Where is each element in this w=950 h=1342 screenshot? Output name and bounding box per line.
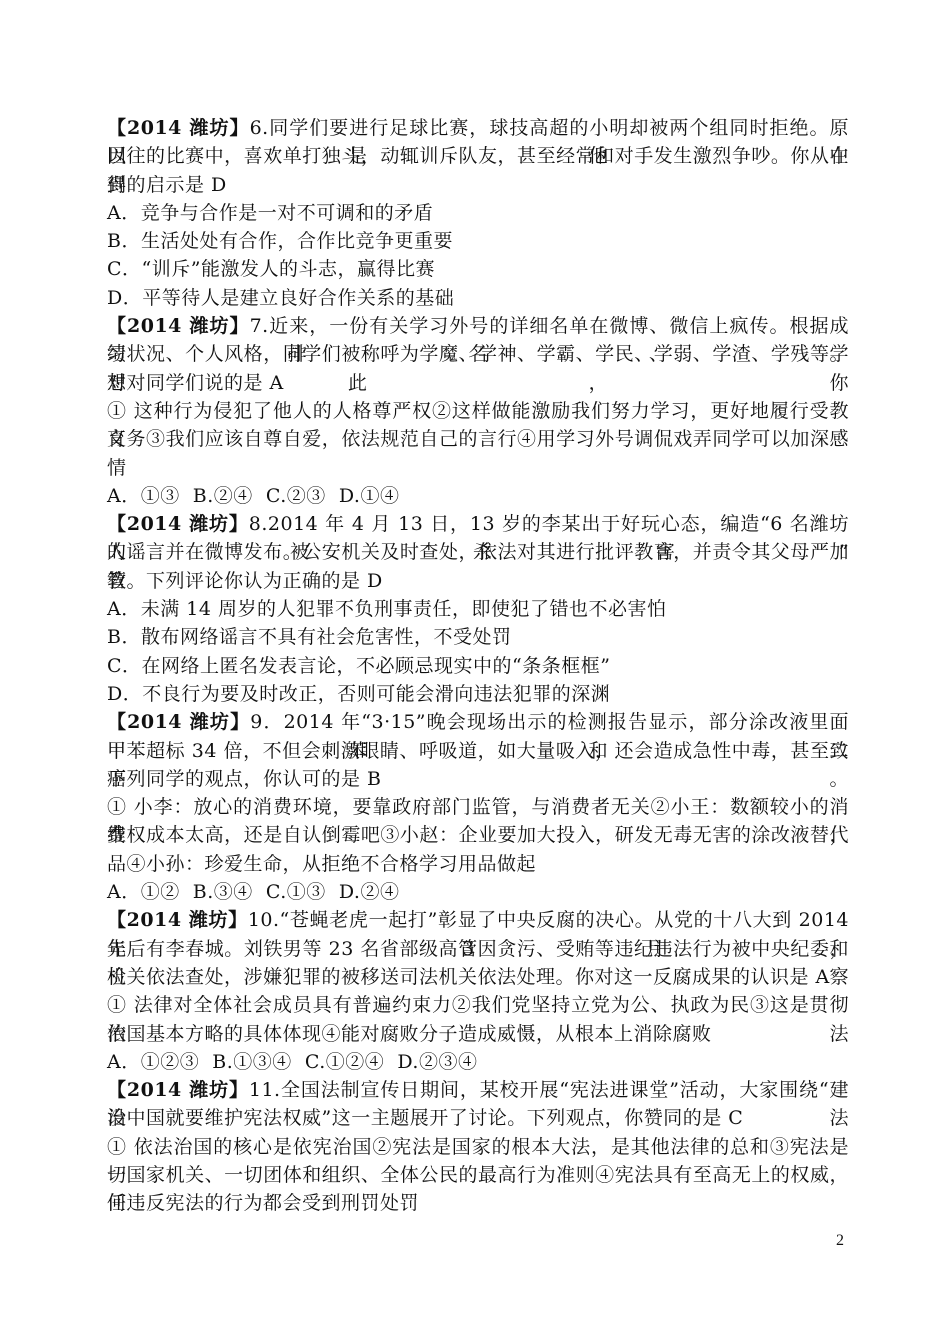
document-body: 【2014 潍坊】6.同学们要进行足球比赛，球技高超的小明却被两个组同时拒绝。原… <box>107 114 849 1218</box>
question-8: 【2014 潍坊】8.2014 年 4 月 13 日，13 岁的李某出于好玩心态… <box>107 510 849 708</box>
answer-option: B．生活处处有合作，合作比竞争更重要 <box>107 227 849 255</box>
statement-line: ① 依法治国的核心是依宪治国②宪法是国家的根本大法，是其他法律的总和③宪法是一 <box>107 1133 849 1161</box>
statement-line: 品④小孙：珍爱生命，从拒绝不合格学习用品做起 <box>107 850 849 878</box>
question-stem-line: 习状况、个人风格，同学们被称呼为学魔、学神、学霸、学民、学弱、学渣、学残等。对此… <box>107 340 849 368</box>
question-stem-line: 以往的比赛中，喜欢单打独斗，动辄训斥队友，甚至经常和对手发生激烈争吵。你从中得 <box>107 142 849 170</box>
question-source-tag: 【2014 潍坊】 <box>107 711 250 733</box>
question-stem-line: 【2014 潍坊】8.2014 年 4 月 13 日，13 岁的李某出于好玩心态… <box>107 510 849 538</box>
question-source-tag: 【2014 潍坊】 <box>107 117 250 139</box>
question-source-tag: 【2014 潍坊】 <box>107 315 250 337</box>
question-7: 【2014 潍坊】7.近来，一份有关学习外号的详细名单在微博、微信上疯传。根据成… <box>107 312 849 510</box>
question-stem-line: 的谣言并在微博发布。公安机关及时查处，依法对其进行批评教育，并责令其父母严加管 <box>107 538 849 566</box>
question-stem-line: 机关依法查处，涉嫌犯罪的被移送司法机关依法处理。你对这一反腐成果的认识是 A <box>107 963 849 991</box>
question-stem-line: 【2014 潍坊】7.近来，一份有关学习外号的详细名单在微博、微信上疯传。根据成… <box>107 312 849 340</box>
answer-option: A．竞争与合作是一对不可调和的矛盾 <box>107 199 849 227</box>
statement-line: 情 <box>107 454 849 482</box>
question-9: 【2014 潍坊】9．2014 年“3·15”晚会现场出示的检测报告显示，部分涂… <box>107 708 849 906</box>
statement-line: 切国家机关、一切团体和组织、全体公民的最高行为准则④宪法具有至高无上的权威，任 <box>107 1161 849 1189</box>
question-stem-line: 甲苯超标 34 倍，不但会刺激眼睛、呼吸道，如大量吸入，还会造成急性中毒，甚至致… <box>107 737 849 765</box>
question-11: 【2014 潍坊】11.全国法制宣传日期间，某校开展“宪法进课堂”活动，大家围绕… <box>107 1076 849 1217</box>
page-number: 2 <box>836 1232 844 1250</box>
answer-options: A．①③ B.②④ C.②③ D.①④ <box>107 482 849 510</box>
answer-option: D．不良行为要及时改正，否则可能会滑向违法犯罪的深渊 <box>107 680 849 708</box>
question-stem-line: 到的启示是 D <box>107 171 849 199</box>
statement-line: ① 小李：放心的消费环境，要靠政府部门监管，与消费者无关②小王：数额较小的消费， <box>107 793 849 821</box>
question-stem-line: 治中国就要维护宪法权威”这一主题展开了讨论。下列观点，你赞同的是 C <box>107 1104 849 1132</box>
answer-option: C．在网络上匿名发表言论，不必顾忌现实中的“条条框框” <box>107 652 849 680</box>
answer-option: A．未满 14 周岁的人犯罪不负刑事责任，即使犯了错也不必害怕 <box>107 595 849 623</box>
question-stem-line: 【2014 潍坊】10.“苍蝇老虎一起打”彰显了中央反腐的决心。从党的十八大到 … <box>107 906 849 934</box>
question-stem-line: 【2014 潍坊】9．2014 年“3·15”晚会现场出示的检测报告显示，部分涂… <box>107 708 849 736</box>
statement-line: ① 这种行为侵犯了他人的人格尊严权②这样做能激励我们努力学习，更好地履行受教育 <box>107 397 849 425</box>
question-stem-line: 教。下列评论你认为正确的是 D <box>107 567 849 595</box>
answer-option: B．散布网络谣言不具有社会危害性，不受处罚 <box>107 623 849 651</box>
answer-options: A．①②③ B.①③④ C.①②④ D.②③④ <box>107 1048 849 1076</box>
question-stem-line: 先后有李春城。刘铁男等 23 名省部级高管因贪污、受贿等违纪违法行为被中央纪委和… <box>107 935 849 963</box>
question-source-tag: 【2014 潍坊】 <box>107 513 249 535</box>
answer-option: C．“训斥”能激发人的斗志，赢得比赛 <box>107 255 849 283</box>
question-source-tag: 【2014 潍坊】 <box>107 909 248 931</box>
statement-line: 何违反宪法的行为都会受到刑罚处罚 <box>107 1189 849 1217</box>
question-stem-line: 【2014 潍坊】6.同学们要进行足球比赛，球技高超的小明却被两个组同时拒绝。原… <box>107 114 849 142</box>
statement-line: 维权成本太高，还是自认倒霉吧③小赵：企业要加大投入，研发无毒无害的涂改液替代 <box>107 821 849 849</box>
answer-options: A．①② B.③④ C.①③ D.②④ <box>107 878 849 906</box>
document-page: 【2014 潍坊】6.同学们要进行足球比赛，球技高超的小明却被两个组同时拒绝。原… <box>0 0 950 1342</box>
question-6: 【2014 潍坊】6.同学们要进行足球比赛，球技高超的小明却被两个组同时拒绝。原… <box>107 114 849 312</box>
statement-line: 义务③我们应该自尊自爱，依法规范自己的言行④用学习外号调侃戏弄同学可以加深感 <box>107 425 849 453</box>
question-stem-line: 【2014 潍坊】11.全国法制宣传日期间，某校开展“宪法进课堂”活动，大家围绕… <box>107 1076 849 1104</box>
statement-line: ① 法律对全体社会成员具有普遍约束力②我们党坚持立党为公、执政为民③这是贯彻依法 <box>107 991 849 1019</box>
question-10: 【2014 潍坊】10.“苍蝇老虎一起打”彰显了中央反腐的决心。从党的十八大到 … <box>107 906 849 1076</box>
question-source-tag: 【2014 潍坊】 <box>107 1079 249 1101</box>
answer-option: D．平等待人是建立良好合作关系的基础 <box>107 284 849 312</box>
